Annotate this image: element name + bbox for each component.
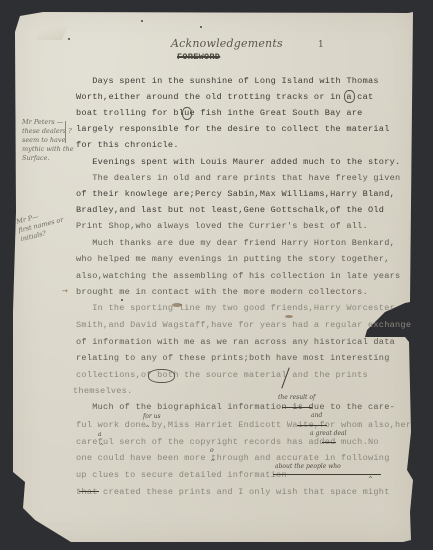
strike-line xyxy=(322,442,336,443)
speck xyxy=(141,20,143,22)
text-line: Bradley,and last but not least,Gene Gott… xyxy=(76,205,376,215)
speck xyxy=(121,299,123,301)
circle-mark xyxy=(344,90,355,103)
text-line: themselves. xyxy=(73,386,373,396)
edit-insertion: for us xyxy=(143,413,161,420)
strike-line xyxy=(273,474,381,475)
text-line: one could have been more through and acc… xyxy=(76,453,376,463)
text-line: brought me in contact with the more mode… xyxy=(76,287,376,297)
edit-insertion: o xyxy=(210,447,214,454)
text-line: relating to any of these prints;both hav… xyxy=(76,353,376,363)
edit-insertion: a xyxy=(98,431,102,438)
caret-mark: ^ xyxy=(145,425,150,432)
edit-insertion: a great deal xyxy=(310,430,347,437)
handwritten-title: Acknowledgements xyxy=(171,37,283,50)
strike-line xyxy=(282,407,312,408)
page-number: 1 xyxy=(318,40,324,50)
text-line: who helped me many evenings in putting t… xyxy=(76,254,376,264)
margin-bracket-line xyxy=(65,121,66,143)
folded-corner xyxy=(36,26,69,40)
caret-mark: ^ xyxy=(368,476,373,483)
text-line: of information with me as we ran across … xyxy=(76,337,376,347)
circle-mark xyxy=(148,369,175,383)
text-line: Smith,and David Wagstaff,have for years … xyxy=(76,320,376,330)
text-line: also,watching the assembling of his coll… xyxy=(76,271,376,281)
text-line: Print Shop,who always loved the Currier'… xyxy=(76,221,376,231)
text-line: largely responsible for the desire to co… xyxy=(76,124,376,134)
text-line: ful work done by,Miss Harriet Endicott W… xyxy=(76,420,376,430)
text-line: collections,of both the source material … xyxy=(76,370,376,380)
arrow-mark: → xyxy=(62,287,68,295)
caret-mark: ^ xyxy=(99,443,104,450)
text-line: Much thanks are due my dear friend Harry… xyxy=(76,238,376,248)
circle-mark xyxy=(182,107,192,120)
text-line: that created these prints and I only wis… xyxy=(76,487,376,497)
ink-stain xyxy=(172,303,182,307)
text-line: The dealers in old and rare prints that … xyxy=(76,173,376,183)
text-line: Much of the biographical information is … xyxy=(76,402,376,412)
speck xyxy=(200,26,202,28)
text-line: up clues to secure detailed information xyxy=(76,470,376,480)
speck xyxy=(68,38,70,40)
ink-stain xyxy=(285,315,293,318)
edit-insertion: the result of xyxy=(278,394,315,401)
strike-line xyxy=(297,425,327,426)
text-line: Evenings spent with Louis Maurer added m… xyxy=(76,157,376,167)
text-line: Worth,either around the old trotting tra… xyxy=(76,92,376,102)
text-line: Days spent in the sunshine of Long Islan… xyxy=(76,76,376,86)
text-line: In the sporting line my two good friends… xyxy=(76,303,376,313)
edit-insertion: and xyxy=(311,412,322,419)
edit-insertion: about the people who xyxy=(275,463,341,470)
struck-typed-title: FOREWORD xyxy=(177,52,220,62)
text-line: for this chronicle. xyxy=(76,140,376,150)
text-line: boat trolling for blue fish inthe Great … xyxy=(76,108,376,118)
strike-line xyxy=(79,491,99,492)
caret-mark: ^ xyxy=(210,459,215,466)
text-line: of their knowlege are;Percy Sabin,Max Wi… xyxy=(76,189,376,199)
